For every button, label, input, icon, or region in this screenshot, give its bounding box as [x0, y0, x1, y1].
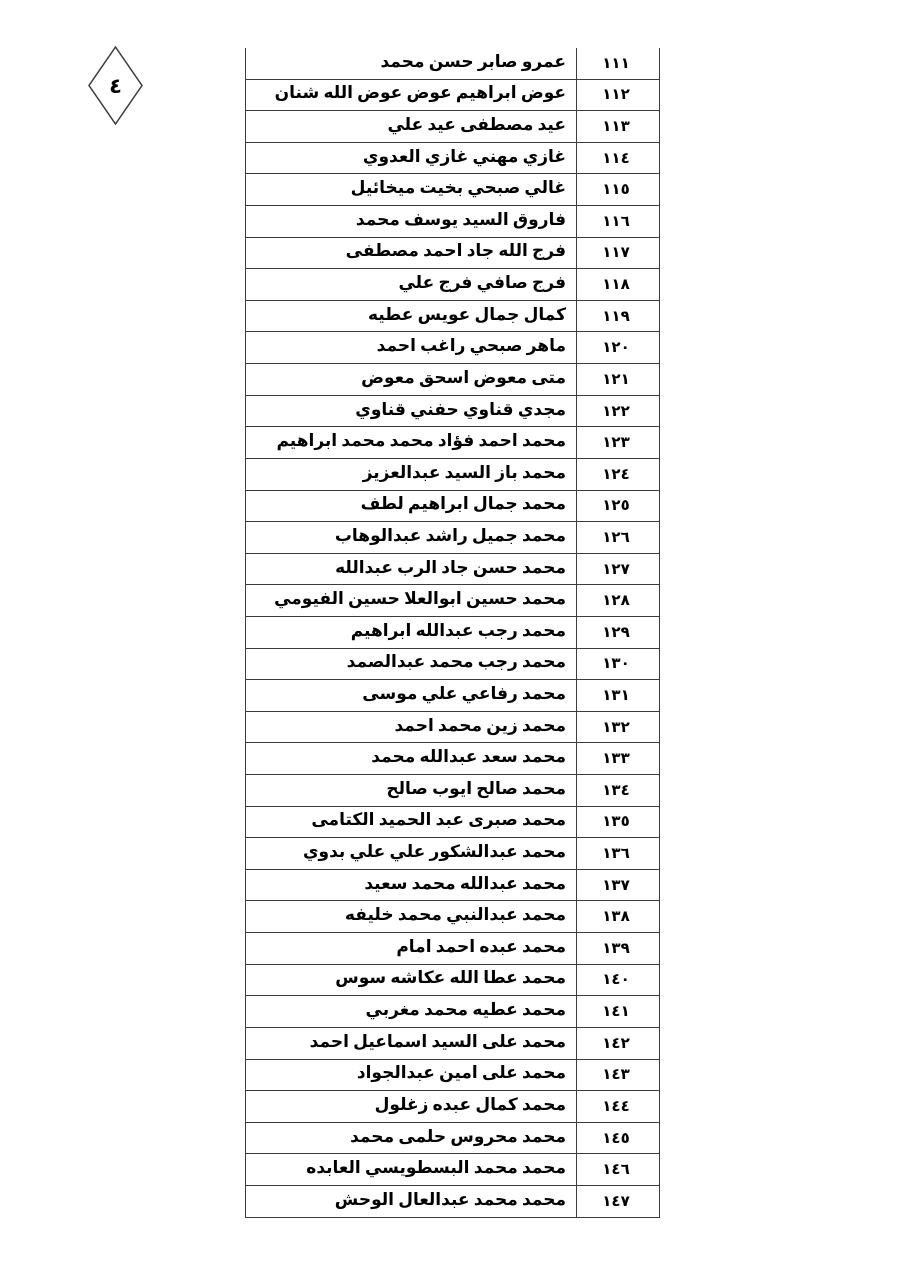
table-row: ١١١ عمرو صابر حسن محمد [246, 48, 659, 80]
row-name: محمد جميل راشد عبدالوهاب [246, 522, 576, 553]
row-number: ١٤٤ [576, 1091, 659, 1122]
row-name: محمد صبرى عبد الحميد الكتامى [246, 807, 576, 838]
table-row: ١١٢ عوض ابراهيم عوض عوض الله شنان [246, 80, 659, 112]
row-name: فرج الله جاد احمد مصطفى [246, 238, 576, 269]
row-number: ١٣٤ [576, 775, 659, 806]
row-number: ١٢٣ [576, 427, 659, 458]
row-number: ١٣٨ [576, 901, 659, 932]
row-name: محمد حسن جاد الرب عبدالله [246, 554, 576, 585]
table-row: ١٣٢ محمد زين محمد احمد [246, 712, 659, 744]
row-name: محمد حسين ابوالعلا حسين الفيومي [246, 585, 576, 616]
row-name: ماهر صبحي راغب احمد [246, 332, 576, 363]
row-name: عيد مصطفى عيد علي [246, 111, 576, 142]
table-row: ١٣٩ محمد عبده احمد امام [246, 933, 659, 965]
table-row: ١٣٨ محمد عبدالنبي محمد خليفه [246, 901, 659, 933]
table-row: ١٣٣ محمد سعد عبدالله محمد [246, 743, 659, 775]
row-number: ١١٩ [576, 301, 659, 332]
row-name: غازي مهني غازي العدوي [246, 143, 576, 174]
row-number: ١١٤ [576, 143, 659, 174]
row-number: ١٢٧ [576, 554, 659, 585]
row-name: محمد عبدالله محمد سعيد [246, 870, 576, 901]
row-name: محمد على امين عبدالجواد [246, 1060, 576, 1091]
row-number: ١١١ [576, 48, 659, 79]
table-row: ١٢٩ محمد رجب عبدالله ابراهيم [246, 617, 659, 649]
row-name: محمد عبده احمد امام [246, 933, 576, 964]
table-row: ١٤٢ محمد على السيد اسماعيل احمد [246, 1028, 659, 1060]
row-name: محمد رفاعي علي موسى [246, 680, 576, 711]
table-row: ١١٧ فرج الله جاد احمد مصطفى [246, 238, 659, 270]
row-name: فرج صافي فرج علي [246, 269, 576, 300]
row-name: محمد محمد عبدالعال الوحش [246, 1186, 576, 1217]
row-number: ١٢٦ [576, 522, 659, 553]
page-number: ٤ [88, 46, 143, 125]
table-row: ١٤٧ محمد محمد عبدالعال الوحش [246, 1186, 659, 1218]
row-name: محمد احمد فؤاد محمد محمد ابراهيم [246, 427, 576, 458]
table-row: ١٢٣ محمد احمد فؤاد محمد محمد ابراهيم [246, 427, 659, 459]
table-row: ١٣٧ محمد عبدالله محمد سعيد [246, 870, 659, 902]
row-number: ١١٣ [576, 111, 659, 142]
table-row: ١٢٢ مجدي قناوي حفني قناوي [246, 396, 659, 428]
row-number: ١٢١ [576, 364, 659, 395]
row-number: ١١٢ [576, 80, 659, 111]
row-name: محمد رجب محمد عبدالصمد [246, 649, 576, 680]
table-row: ١١٦ فاروق السيد يوسف محمد [246, 206, 659, 238]
table-row: ١٣٥ محمد صبرى عبد الحميد الكتامى [246, 807, 659, 839]
row-name: محمد سعد عبدالله محمد [246, 743, 576, 774]
table-row: ١٢٠ ماهر صبحي راغب احمد [246, 332, 659, 364]
table-row: ١٣٤ محمد صالح ايوب صالح [246, 775, 659, 807]
table-row: ١٤٣ محمد على امين عبدالجواد [246, 1060, 659, 1092]
table-row: ١٢٤ محمد باز السيد عبدالعزيز [246, 459, 659, 491]
page-number-badge: ٤ [88, 46, 143, 125]
row-name: عوض ابراهيم عوض عوض الله شنان [246, 80, 576, 111]
row-number: ١٤٦ [576, 1154, 659, 1185]
row-number: ١٢٤ [576, 459, 659, 490]
row-number: ١٤٣ [576, 1060, 659, 1091]
table-row: ١٢٦ محمد جميل راشد عبدالوهاب [246, 522, 659, 554]
row-number: ١٢٩ [576, 617, 659, 648]
row-name: محمد باز السيد عبدالعزيز [246, 459, 576, 490]
table-row: ١٤٠ محمد عطا الله عكاشه سوس [246, 965, 659, 997]
table-row: ١٣٦ محمد عبدالشكور علي علي بدوي [246, 838, 659, 870]
row-name: محمد رجب عبدالله ابراهيم [246, 617, 576, 648]
row-name: محمد جمال ابراهيم لطف [246, 491, 576, 522]
row-name: فاروق السيد يوسف محمد [246, 206, 576, 237]
row-name: غالي صبحي بخيت ميخائيل [246, 174, 576, 205]
table-row: ١١٨ فرج صافي فرج علي [246, 269, 659, 301]
row-number: ١٢٠ [576, 332, 659, 363]
table-row: ١٣١ محمد رفاعي علي موسى [246, 680, 659, 712]
row-number: ١٣٧ [576, 870, 659, 901]
row-name: محمد محروس حلمى محمد [246, 1123, 576, 1154]
row-name: محمد صالح ايوب صالح [246, 775, 576, 806]
row-number: ١٣٢ [576, 712, 659, 743]
table-row: ١٤٤ محمد كمال عبده زغلول [246, 1091, 659, 1123]
row-name: محمد عبدالنبي محمد خليفه [246, 901, 576, 932]
table-row: ١٢٧ محمد حسن جاد الرب عبدالله [246, 554, 659, 586]
row-number: ١٣٣ [576, 743, 659, 774]
table-row: ١٤١ محمد عطيه محمد مغربي [246, 996, 659, 1028]
row-number: ١٣٩ [576, 933, 659, 964]
row-number: ١٣٠ [576, 649, 659, 680]
table-row: ١٤٦ محمد محمد البسطويسي العابده [246, 1154, 659, 1186]
row-number: ١١٧ [576, 238, 659, 269]
table-row: ١٢٨ محمد حسين ابوالعلا حسين الفيومي [246, 585, 659, 617]
row-name: محمد زين محمد احمد [246, 712, 576, 743]
row-name: محمد عطيه محمد مغربي [246, 996, 576, 1027]
row-name: عمرو صابر حسن محمد [246, 48, 576, 79]
row-number: ١٣١ [576, 680, 659, 711]
table-row: ١١٤ غازي مهني غازي العدوي [246, 143, 659, 175]
table-row: ١١٩ كمال جمال عويس عطيه [246, 301, 659, 333]
row-name: محمد على السيد اسماعيل احمد [246, 1028, 576, 1059]
table-row: ١١٥ غالي صبحي بخيت ميخائيل [246, 174, 659, 206]
row-name: مجدي قناوي حفني قناوي [246, 396, 576, 427]
roster-table: ١١١ عمرو صابر حسن محمد ١١٢ عوض ابراهيم ع… [245, 48, 660, 1218]
row-number: ١٤٧ [576, 1186, 659, 1217]
row-number: ١٢٥ [576, 491, 659, 522]
row-name: محمد عطا الله عكاشه سوس [246, 965, 576, 996]
row-name: متى معوض اسحق معوض [246, 364, 576, 395]
row-number: ١١٦ [576, 206, 659, 237]
row-name: محمد محمد البسطويسي العابده [246, 1154, 576, 1185]
row-number: ١٤٥ [576, 1123, 659, 1154]
table-row: ١٤٥ محمد محروس حلمى محمد [246, 1123, 659, 1155]
row-name: محمد عبدالشكور علي علي بدوي [246, 838, 576, 869]
table-row: ١٣٠ محمد رجب محمد عبدالصمد [246, 649, 659, 681]
row-number: ١١٨ [576, 269, 659, 300]
row-number: ١٤٢ [576, 1028, 659, 1059]
row-number: ١١٥ [576, 174, 659, 205]
row-number: ١٢٢ [576, 396, 659, 427]
row-name: كمال جمال عويس عطيه [246, 301, 576, 332]
row-number: ١٤٠ [576, 965, 659, 996]
row-number: ١٤١ [576, 996, 659, 1027]
table-row: ١٢١ متى معوض اسحق معوض [246, 364, 659, 396]
row-number: ١٣٥ [576, 807, 659, 838]
row-name: محمد كمال عبده زغلول [246, 1091, 576, 1122]
document-page: { "page_badge": { "value": "٤" }, "color… [0, 0, 905, 1280]
table-row: ١٢٥ محمد جمال ابراهيم لطف [246, 491, 659, 523]
table-row: ١١٣ عيد مصطفى عيد علي [246, 111, 659, 143]
row-number: ١٢٨ [576, 585, 659, 616]
row-number: ١٣٦ [576, 838, 659, 869]
